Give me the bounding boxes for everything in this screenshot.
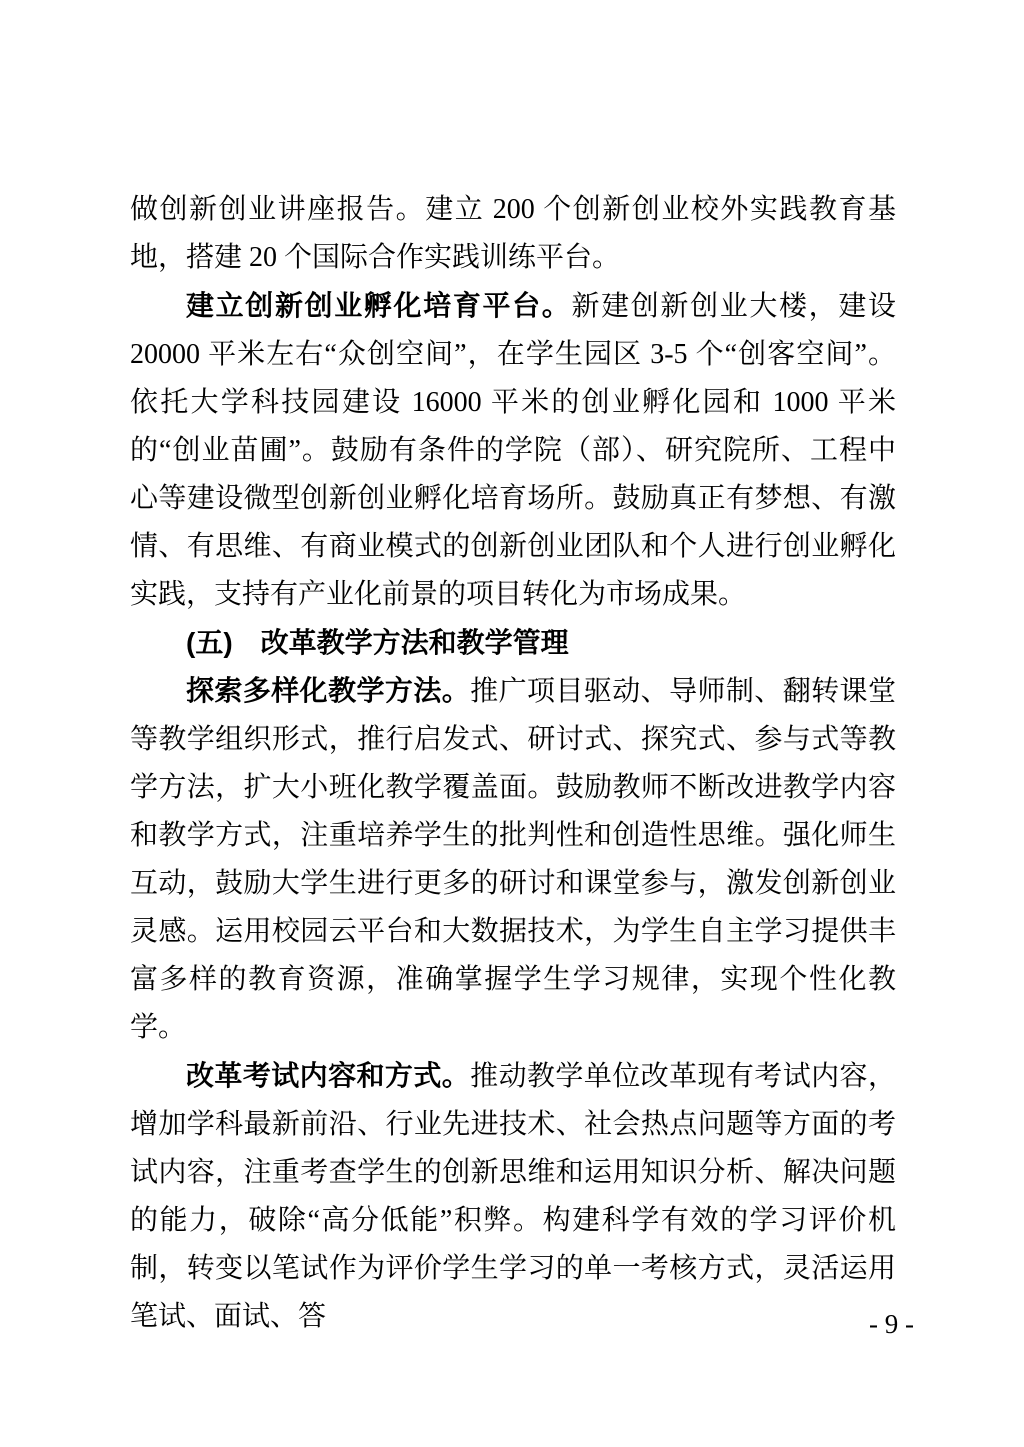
paragraph: 探索多样化教学方法。推广项目驱动、导师制、翻转课堂等教学组织形式，推行启发式、研… — [130, 667, 896, 1052]
paragraph-text: 做创新创业讲座报告。建立 200 个创新创业校外实践教育基地，搭建 20 个国际… — [130, 194, 896, 273]
paragraph: 做创新创业讲座报告。建立 200 个创新创业校外实践教育基地，搭建 20 个国际… — [130, 186, 896, 282]
page-number: - 9 - — [869, 1306, 914, 1342]
paragraph-bold-lead: 探索多样化教学方法。 — [186, 675, 470, 706]
paragraph-bold-lead: 建立创新创业孵化培育平台。 — [186, 290, 571, 321]
document-page: 做创新创业讲座报告。建立 200 个创新创业校外实践教育基地，搭建 20 个国际… — [0, 0, 1024, 1447]
section-heading: (五) 改革教学方法和教学管理 — [130, 619, 896, 667]
paragraph-text: 新建创新创业大楼，建设 20000 平米左右“众创空间”，在学生园区 3-5 个… — [130, 291, 896, 610]
paragraph-text: 推广项目驱动、导师制、翻转课堂等教学组织形式，推行启发式、研讨式、探究式、参与式… — [130, 676, 896, 1043]
paragraph: 改革考试内容和方式。推动教学单位改革现有考试内容，增加学科最新前沿、行业先进技术… — [130, 1052, 896, 1341]
paragraph-text: 推动教学单位改革现有考试内容，增加学科最新前沿、行业先进技术、社会热点问题等方面… — [130, 1061, 896, 1332]
paragraph-bold-lead: 改革考试内容和方式。 — [186, 1060, 470, 1091]
document-body: 做创新创业讲座报告。建立 200 个创新创业校外实践教育基地，搭建 20 个国际… — [130, 186, 896, 1341]
paragraph: 建立创新创业孵化培育平台。新建创新创业大楼，建设 20000 平米左右“众创空间… — [130, 282, 896, 619]
